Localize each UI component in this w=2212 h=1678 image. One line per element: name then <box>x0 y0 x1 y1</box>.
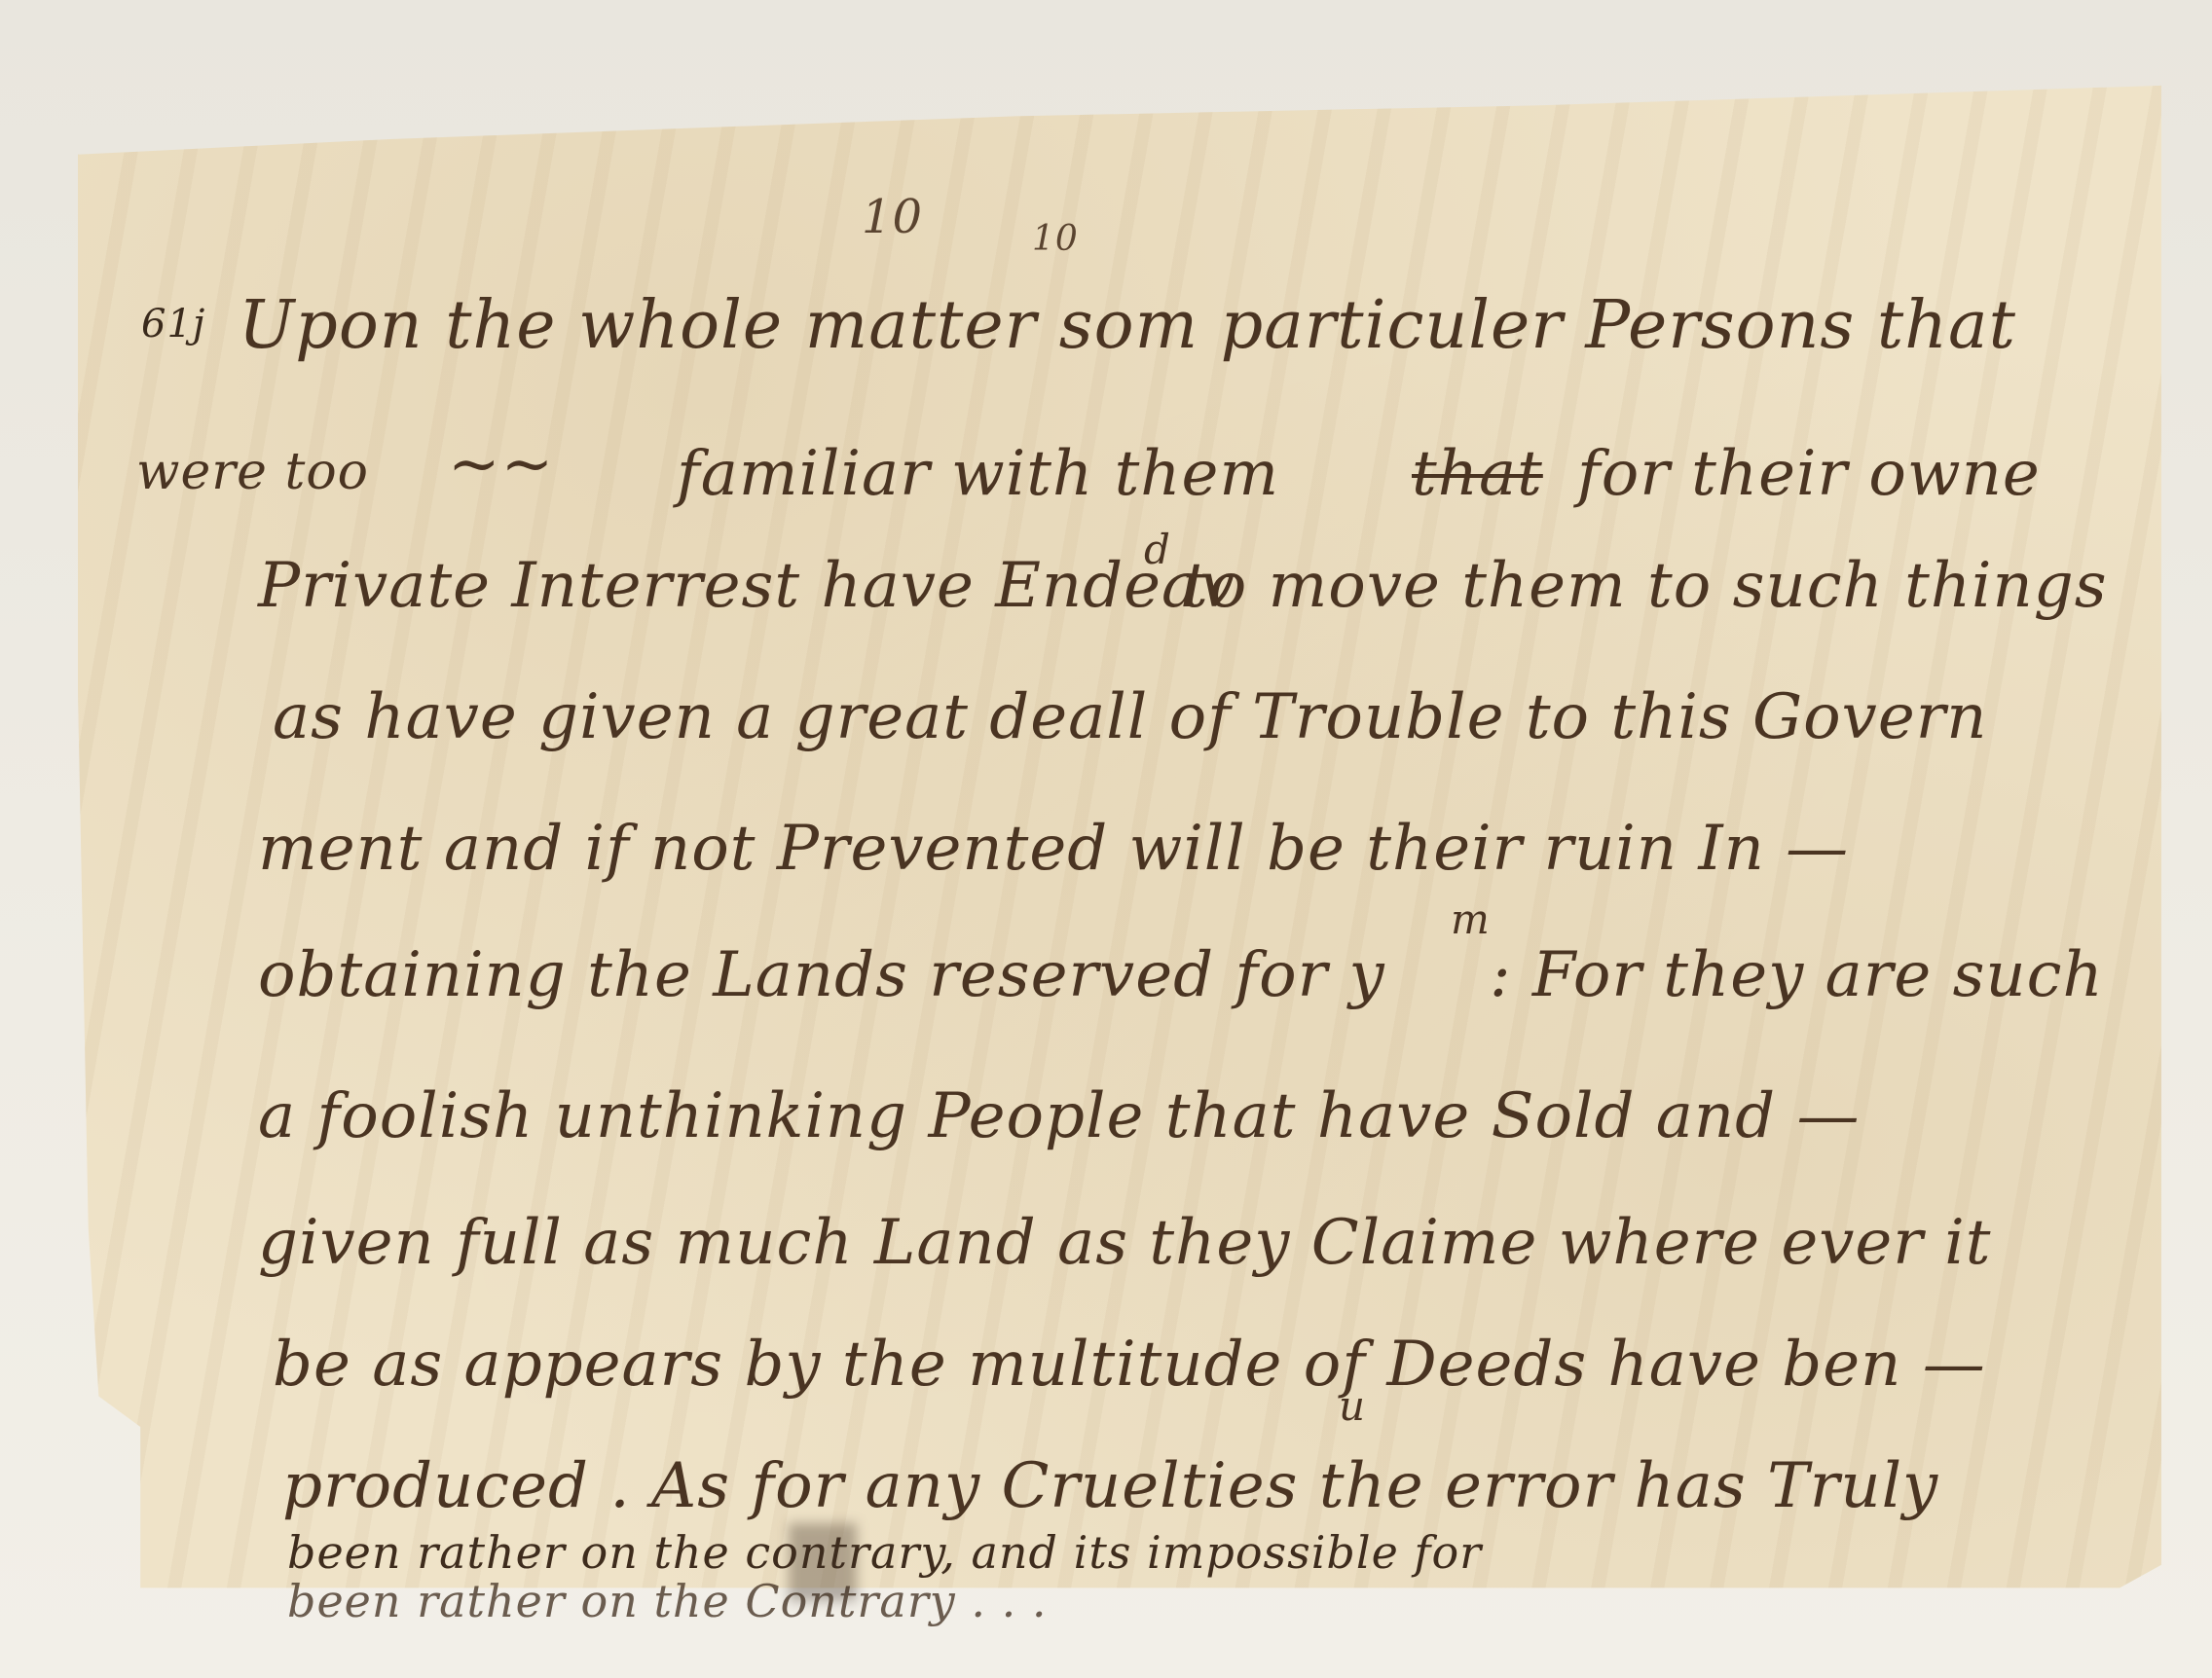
manuscript-line-8: given full as much Land as they Claime w… <box>258 1207 1991 1279</box>
superscript-u: u <box>1339 1382 1366 1430</box>
manuscript-line-9: be as appears by the multitude of Deeds … <box>273 1329 1986 1401</box>
margin-note: 61j <box>141 302 205 347</box>
manuscript-line-4: as have given a great deall of Trouble t… <box>273 681 1988 753</box>
page-number-ink: 10 <box>1032 219 1079 259</box>
manuscript-line-12-cutoff: been rather on the Contrary . . . <box>287 1575 1048 1627</box>
superscript-d: d <box>1144 526 1171 573</box>
manuscript-line-2-start: were too <box>136 443 369 501</box>
manuscript-line-7: a foolish unthinking People that have So… <box>258 1080 1860 1152</box>
manuscript-line-5: ment and if not Prevented will be their … <box>258 813 1849 885</box>
manuscript-line-1: Upon the whole matter som particuler Per… <box>239 287 2016 364</box>
line-filler-dash: ~~ <box>448 428 554 500</box>
manuscript-line-2-end: for their owne <box>1577 438 2041 510</box>
page-number-penciled: 10 <box>862 190 923 244</box>
superscript-m: m <box>1451 895 1491 943</box>
manuscript-line-6-end: : For they are such <box>1490 939 2104 1011</box>
manuscript-line-2-mid: familiar with them <box>677 438 1279 510</box>
manuscript-line-10: produced . As for any Cruelties the erro… <box>282 1450 1938 1522</box>
struck-word: that <box>1412 438 1543 510</box>
manuscript-line-3-start: Private Interrest have Endeav <box>258 550 1235 622</box>
manuscript-line-3-end: to move them to such things <box>1183 550 2108 622</box>
ink-blot <box>789 1523 857 1601</box>
manuscript-line-11-interlinear: been rather on the contrary, and its imp… <box>287 1526 1482 1579</box>
manuscript-line-6-start: obtaining the Lands reserved for y <box>258 939 1385 1011</box>
